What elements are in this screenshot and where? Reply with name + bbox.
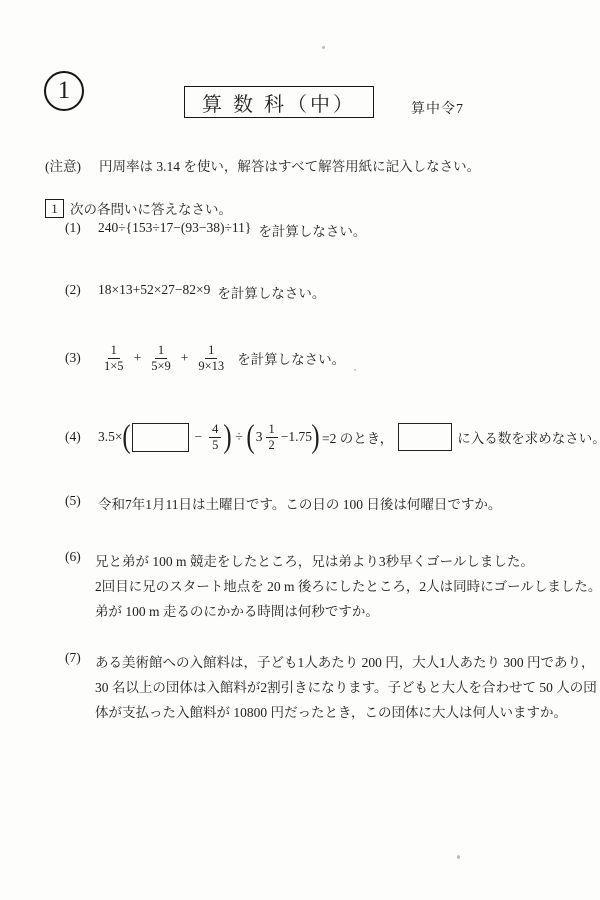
question-2-suffix: を計算しなさい。 — [217, 282, 325, 302]
question-5-label: (5) — [65, 493, 98, 509]
question-6-line: 兄と弟が 100 m 競走をしたところ，兄は弟より3秒早くゴールしました。 — [95, 549, 600, 574]
exam-page: 1 算 数 科（中） 算中令7 (注意)円周率は 3.14 を使い，解答はすべて… — [0, 0, 600, 900]
divide-operator: ÷ — [235, 429, 242, 445]
question-6-line: 弟が 100 m 走るのにかかる時間は何秒ですか。 — [95, 599, 600, 624]
plus-operator: + — [134, 350, 142, 366]
question-1-formula: 240÷{153÷17−(93−38)÷11} — [98, 220, 251, 236]
question-7-text: ある美術館への入館料は，子ども1人あたり 200 円，大人1人あたり 300 円… — [95, 650, 597, 725]
question-3-label: (3) — [65, 350, 98, 366]
question-7-line: 体が支払った入館料が 10800 円だったとき，この団体に大人は何人いますか。 — [95, 700, 597, 725]
question-4-suffix: に入る数を求めなさい。 — [457, 427, 600, 447]
question-6-line: 2回目に兄のスタート地点を 20 m 後ろにしたところ，2人は同時にゴールしまし… — [95, 574, 600, 599]
fraction: 15×9 — [148, 343, 174, 374]
question-5: (5) 令和7年1月11日は土曜日です。この日の 100 日後は何曜日ですか。 — [65, 493, 501, 513]
question-6: (6) 兄と弟が 100 m 競走をしたところ，兄は弟より3秒早くゴールしました… — [65, 549, 600, 624]
question-1-suffix: を計算しなさい。 — [258, 220, 366, 240]
page-title: 算 数 科（中） — [202, 88, 356, 117]
question-1: (1) 240÷{153÷17−(93−38)÷11} を計算しなさい。 — [65, 220, 366, 240]
open-paren: ( — [122, 421, 130, 454]
fraction-denominator: 2 — [266, 438, 278, 453]
scan-speck — [457, 855, 460, 859]
question-2: (2) 18×13+52×27−82×9 を計算しなさい。 — [65, 282, 325, 302]
exam-code: 算中令7 — [411, 98, 464, 118]
question-7-line: 30 名以上の団体は入館料が2割引きになります。子どもと大人を合わせて 50 人… — [95, 675, 597, 700]
scan-speck — [322, 46, 325, 49]
question-5-text: 令和7年1月11日は土曜日です。この日の 100 日後は何曜日ですか。 — [98, 493, 501, 513]
notice-label: (注意) — [45, 159, 81, 174]
fraction-denominator: 9×13 — [195, 359, 227, 374]
question-4-lead: 3.5× — [98, 429, 123, 445]
open-paren: ( — [246, 421, 254, 454]
question-1-label: (1) — [65, 220, 98, 236]
problem-number-box: 1 — [45, 199, 64, 218]
plus-operator: + — [181, 350, 189, 366]
fraction: 45 — [209, 422, 221, 453]
question-4-equals: =2 のとき， — [322, 427, 393, 447]
question-3: (3) 11×5 + 15×9 + 19×13 を計算しなさい。 — [65, 336, 345, 380]
question-2-formula: 18×13+52×27−82×9 — [98, 282, 210, 298]
notice: (注意)円周率は 3.14 を使い，解答はすべて解答用紙に記入しなさい。 — [45, 155, 480, 175]
problem-1-header: 1 次の各問いに答えなさい。 — [45, 198, 232, 218]
question-7: (7) ある美術館への入館料は，子ども1人あたり 200 円，大人1人あたり 3… — [65, 650, 597, 725]
circled-number-text: 1 — [58, 77, 71, 105]
question-7-label: (7) — [65, 650, 95, 666]
fraction-numerator: 1 — [108, 343, 120, 359]
minus-operator: − — [195, 429, 203, 445]
question-6-text: 兄と弟が 100 m 競走をしたところ，兄は弟より3秒早くゴールしました。 2回… — [95, 549, 600, 624]
answer-box — [398, 423, 452, 451]
fraction-denominator: 5×9 — [148, 359, 174, 374]
scan-speck — [354, 369, 356, 371]
fraction-numerator: 1 — [155, 343, 167, 359]
question-3-suffix: を計算しなさい。 — [237, 348, 345, 368]
answer-box — [132, 423, 189, 452]
question-4-label: (4) — [65, 429, 98, 445]
question-4-tail-inside: −1.75 — [281, 429, 312, 445]
question-2-label: (2) — [65, 282, 98, 298]
fraction-numerator: 4 — [209, 422, 221, 438]
question-6-label: (6) — [65, 549, 95, 565]
question-4: (4) 3.5× ( − 45 ) ÷ ( 3 12 −1.75 ) =2 のと… — [65, 414, 600, 460]
problem-prompt: 次の各問いに答えなさい。 — [70, 198, 232, 218]
fraction: 11×5 — [101, 343, 127, 374]
fraction: 19×13 — [195, 343, 227, 374]
fraction: 12 — [266, 422, 278, 453]
page-circled-number: 1 — [44, 71, 84, 111]
fraction-denominator: 1×5 — [101, 359, 127, 374]
question-7-line: ある美術館への入館料は，子ども1人あたり 200 円，大人1人あたり 300 円… — [95, 650, 597, 675]
notice-text: 円周率は 3.14 を使い，解答はすべて解答用紙に記入しなさい。 — [99, 159, 480, 174]
close-paren: ) — [224, 421, 232, 454]
fraction-numerator: 1 — [205, 343, 217, 359]
fraction-denominator: 5 — [209, 438, 221, 453]
fraction-numerator: 1 — [266, 422, 278, 438]
close-paren: ) — [311, 421, 319, 454]
mixed-number-whole: 3 — [256, 429, 263, 445]
title-box: 算 数 科（中） — [184, 86, 374, 118]
